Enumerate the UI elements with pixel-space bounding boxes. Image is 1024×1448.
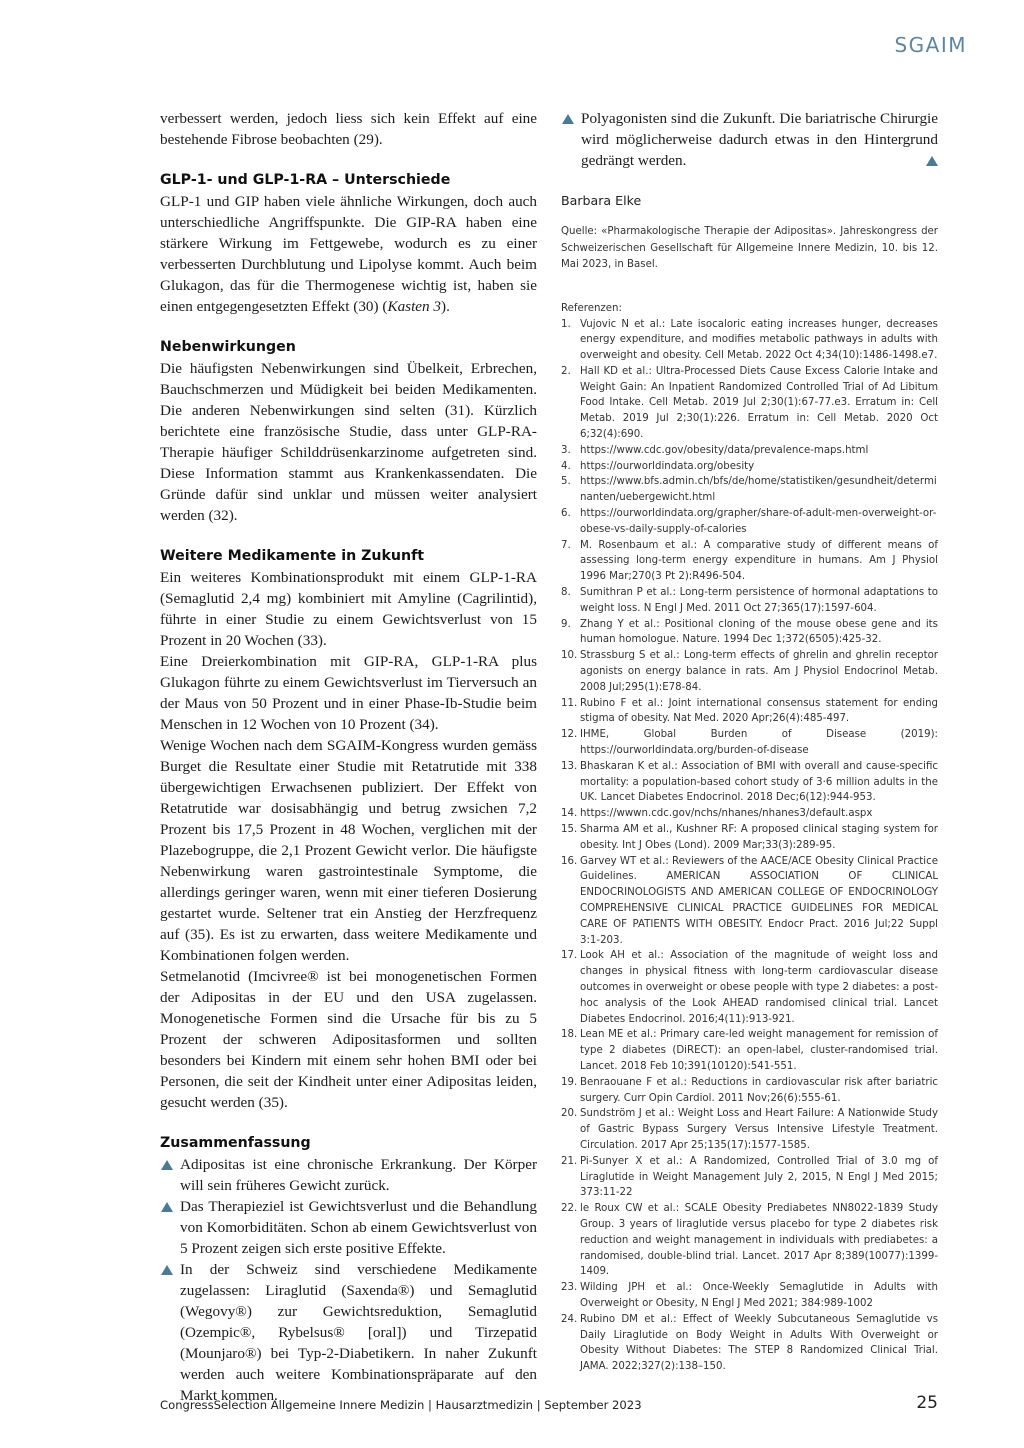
reference-number: 6. bbox=[561, 506, 571, 522]
section-heading: GLP-1- und GLP-1-RA – Unterschiede bbox=[160, 170, 537, 191]
reference-number: 24. bbox=[561, 1312, 577, 1328]
reference-item: 4.https://ourworldindata.org/obesity bbox=[561, 459, 938, 475]
reference-item: 6.https://ourworldindata.org/grapher/sha… bbox=[561, 506, 938, 538]
reference-item: 8.Sumithran P et al.: Long-term persiste… bbox=[561, 585, 938, 617]
reference-text: https://ourworldindata.org/grapher/share… bbox=[580, 508, 936, 535]
reference-text: Look AH et al.: Association of the magni… bbox=[580, 950, 938, 1024]
reference-text: https://ourworldindata.org/obesity bbox=[580, 461, 754, 472]
reference-number: 10. bbox=[561, 648, 577, 664]
reference-text: Pi-Sunyer X et al.: A Randomized, Contro… bbox=[580, 1156, 938, 1199]
reference-text: Rubino DM et al.: Effect of Weekly Subcu… bbox=[580, 1314, 938, 1372]
summary-item: Adipositas ist eine chronische Erkrankun… bbox=[160, 1154, 537, 1196]
reference-text: Zhang Y et al.: Positional cloning of th… bbox=[580, 619, 938, 646]
reference-text: Rubino F et al.: Joint international con… bbox=[580, 698, 938, 725]
paragraph: Die häufigsten Nebenwirkungen sind Übelk… bbox=[160, 358, 537, 526]
triangle-bullet-icon bbox=[562, 114, 574, 124]
summary-item: In der Schweiz sind verschiedene Medikam… bbox=[160, 1259, 537, 1406]
reference-item: 17.Look AH et al.: Association of the ma… bbox=[561, 948, 938, 1027]
reference-number: 20. bbox=[561, 1106, 577, 1122]
intro-paragraph: verbessert werden, jedoch liess sich kei… bbox=[160, 108, 537, 150]
reference-number: 1. bbox=[561, 317, 571, 333]
reference-number: 13. bbox=[561, 759, 577, 775]
reference-text: https://www.bfs.admin.ch/bfs/de/home/sta… bbox=[580, 476, 937, 503]
reference-number: 15. bbox=[561, 822, 577, 838]
section-summary: Zusammenfassung Adipositas ist eine chro… bbox=[160, 1133, 537, 1406]
summary-item: Polyagonisten sind die Zukunft. Die bari… bbox=[561, 108, 938, 171]
reference-text: https://wwwn.cdc.gov/nchs/nhanes/nhanes3… bbox=[580, 808, 872, 819]
references-list: 1.Vujovic N et al.: Late isocaloric eati… bbox=[561, 317, 938, 1375]
reference-text: Sumithran P et al.: Long-term persistenc… bbox=[580, 587, 938, 614]
reference-text: Vujovic N et al.: Late isocaloric eating… bbox=[580, 319, 938, 362]
reference-item: 9.Zhang Y et al.: Positional cloning of … bbox=[561, 617, 938, 649]
author-name: Barbara Elke bbox=[561, 193, 938, 208]
end-mark-triangle-icon bbox=[926, 156, 938, 166]
left-column: verbessert werden, jedoch liess sich kei… bbox=[160, 108, 537, 1406]
source-note: Quelle: «Pharmakologische Therapie der A… bbox=[561, 224, 938, 274]
kasten-reference: Kasten 3 bbox=[387, 298, 441, 315]
reference-text: Lean ME et al.: Primary care-led weight … bbox=[580, 1029, 938, 1072]
reference-item: 7.M. Rosenbaum et al.: A comparative stu… bbox=[561, 538, 938, 585]
reference-text: Bhaskaran K et al.: Association of BMI w… bbox=[580, 761, 938, 804]
summary-item: Das Therapieziel ist Gewichtsverlust und… bbox=[160, 1196, 537, 1259]
reference-number: 18. bbox=[561, 1027, 577, 1043]
reference-number: 16. bbox=[561, 854, 577, 870]
reference-number: 14. bbox=[561, 806, 577, 822]
reference-number: 21. bbox=[561, 1154, 577, 1170]
reference-text: Strassburg S et al.: Long-term effects o… bbox=[580, 650, 938, 693]
triangle-bullet-icon bbox=[161, 1202, 173, 1212]
section-side-effects: Nebenwirkungen Die häufigsten Nebenwirku… bbox=[160, 337, 537, 526]
reference-item: 15.Sharma AM et al., Kushner RF: A propo… bbox=[561, 822, 938, 854]
reference-number: 4. bbox=[561, 459, 571, 475]
triangle-bullet-icon bbox=[161, 1265, 173, 1275]
references-heading: Referenzen: bbox=[561, 301, 938, 317]
reference-item: 13.Bhaskaran K et al.: Association of BM… bbox=[561, 759, 938, 806]
reference-text: https://www.cdc.gov/obesity/data/prevale… bbox=[580, 445, 868, 456]
reference-item: 2.Hall KD et al.: Ultra-Processed Diets … bbox=[561, 364, 938, 443]
reference-item: 12.IHME, Global Burden of Disease (2019)… bbox=[561, 727, 938, 759]
reference-item: 11.Rubino F et al.: Joint international … bbox=[561, 696, 938, 728]
reference-item: 14.https://wwwn.cdc.gov/nchs/nhanes/nhan… bbox=[561, 806, 938, 822]
section-heading: Weitere Medikamente in Zukunft bbox=[160, 546, 537, 567]
reference-item: 23.Wilding JPH et al.: Once-Weekly Semag… bbox=[561, 1280, 938, 1312]
reference-number: 7. bbox=[561, 538, 571, 554]
paragraph: Setmelanotid (Imcivree® ist bei monogene… bbox=[160, 966, 537, 1113]
reference-item: 19.Benraouane F et al.: Reductions in ca… bbox=[561, 1075, 938, 1107]
section-heading: Zusammenfassung bbox=[160, 1133, 537, 1154]
reference-text: Hall KD et al.: Ultra-Processed Diets Ca… bbox=[580, 366, 938, 440]
footer-publication: CongressSelection Allgemeine Innere Medi… bbox=[160, 1398, 642, 1412]
reference-number: 17. bbox=[561, 948, 577, 964]
reference-number: 5. bbox=[561, 474, 571, 490]
reference-text: Garvey WT et al.: Reviewers of the AACE/… bbox=[580, 856, 938, 946]
reference-item: 18.Lean ME et al.: Primary care-led weig… bbox=[561, 1027, 938, 1074]
reference-item: 24.Rubino DM et al.: Effect of Weekly Su… bbox=[561, 1312, 938, 1375]
reference-number: 8. bbox=[561, 585, 571, 601]
reference-item: 22.le Roux CW et al.: SCALE Obesity Pred… bbox=[561, 1201, 938, 1280]
reference-text: IHME, Global Burden of Disease (2019): h… bbox=[580, 729, 938, 756]
reference-item: 20.Sundström J et al.: Weight Loss and H… bbox=[561, 1106, 938, 1153]
reference-text: Benraouane F et al.: Reductions in cardi… bbox=[580, 1077, 938, 1104]
reference-item: 21.Pi-Sunyer X et al.: A Randomized, Con… bbox=[561, 1154, 938, 1201]
reference-number: 22. bbox=[561, 1201, 577, 1217]
reference-number: 19. bbox=[561, 1075, 577, 1091]
paragraph: GLP-1 und GIP haben viele ähnliche Wirku… bbox=[160, 191, 537, 317]
reference-item: 10.Strassburg S et al.: Long-term effect… bbox=[561, 648, 938, 695]
paragraph: Wenige Wochen nach dem SGAIM-Kongress wu… bbox=[160, 735, 537, 966]
reference-text: M. Rosenbaum et al.: A comparative study… bbox=[580, 540, 938, 583]
paragraph: Ein weiteres Kombinationsprodukt mit ein… bbox=[160, 567, 537, 651]
right-column: Polyagonisten sind die Zukunft. Die bari… bbox=[561, 108, 938, 1375]
reference-text: Sharma AM et al., Kushner RF: A proposed… bbox=[580, 824, 938, 851]
section-future-drugs: Weitere Medikamente in Zukunft Ein weite… bbox=[160, 546, 537, 1113]
reference-number: 11. bbox=[561, 696, 577, 712]
reference-number: 23. bbox=[561, 1280, 577, 1296]
section-glp1-differences: GLP-1- und GLP-1-RA – Unterschiede GLP-1… bbox=[160, 170, 537, 317]
reference-number: 12. bbox=[561, 727, 577, 743]
summary-list-continued: Polyagonisten sind die Zukunft. Die bari… bbox=[561, 108, 938, 171]
reference-number: 9. bbox=[561, 617, 571, 633]
reference-text: Wilding JPH et al.: Once-Weekly Semaglut… bbox=[580, 1282, 938, 1309]
reference-text: Sundström J et al.: Weight Loss and Hear… bbox=[580, 1108, 938, 1151]
reference-item: 16.Garvey WT et al.: Reviewers of the AA… bbox=[561, 854, 938, 949]
paragraph: Eine Dreierkombination mit GIP-RA, GLP-1… bbox=[160, 651, 537, 735]
summary-list: Adipositas ist eine chronische Erkrankun… bbox=[160, 1154, 537, 1406]
reference-number: 2. bbox=[561, 364, 571, 380]
reference-item: 5.https://www.bfs.admin.ch/bfs/de/home/s… bbox=[561, 474, 938, 506]
reference-item: 1.Vujovic N et al.: Late isocaloric eati… bbox=[561, 317, 938, 364]
reference-number: 3. bbox=[561, 443, 571, 459]
reference-item: 3.https://www.cdc.gov/obesity/data/preva… bbox=[561, 443, 938, 459]
triangle-bullet-icon bbox=[161, 1160, 173, 1170]
brand-logo-text: SGAIM bbox=[894, 33, 967, 57]
reference-text: le Roux CW et al.: SCALE Obesity Prediab… bbox=[580, 1203, 938, 1277]
section-heading: Nebenwirkungen bbox=[160, 337, 537, 358]
page-number: 25 bbox=[916, 1393, 938, 1413]
